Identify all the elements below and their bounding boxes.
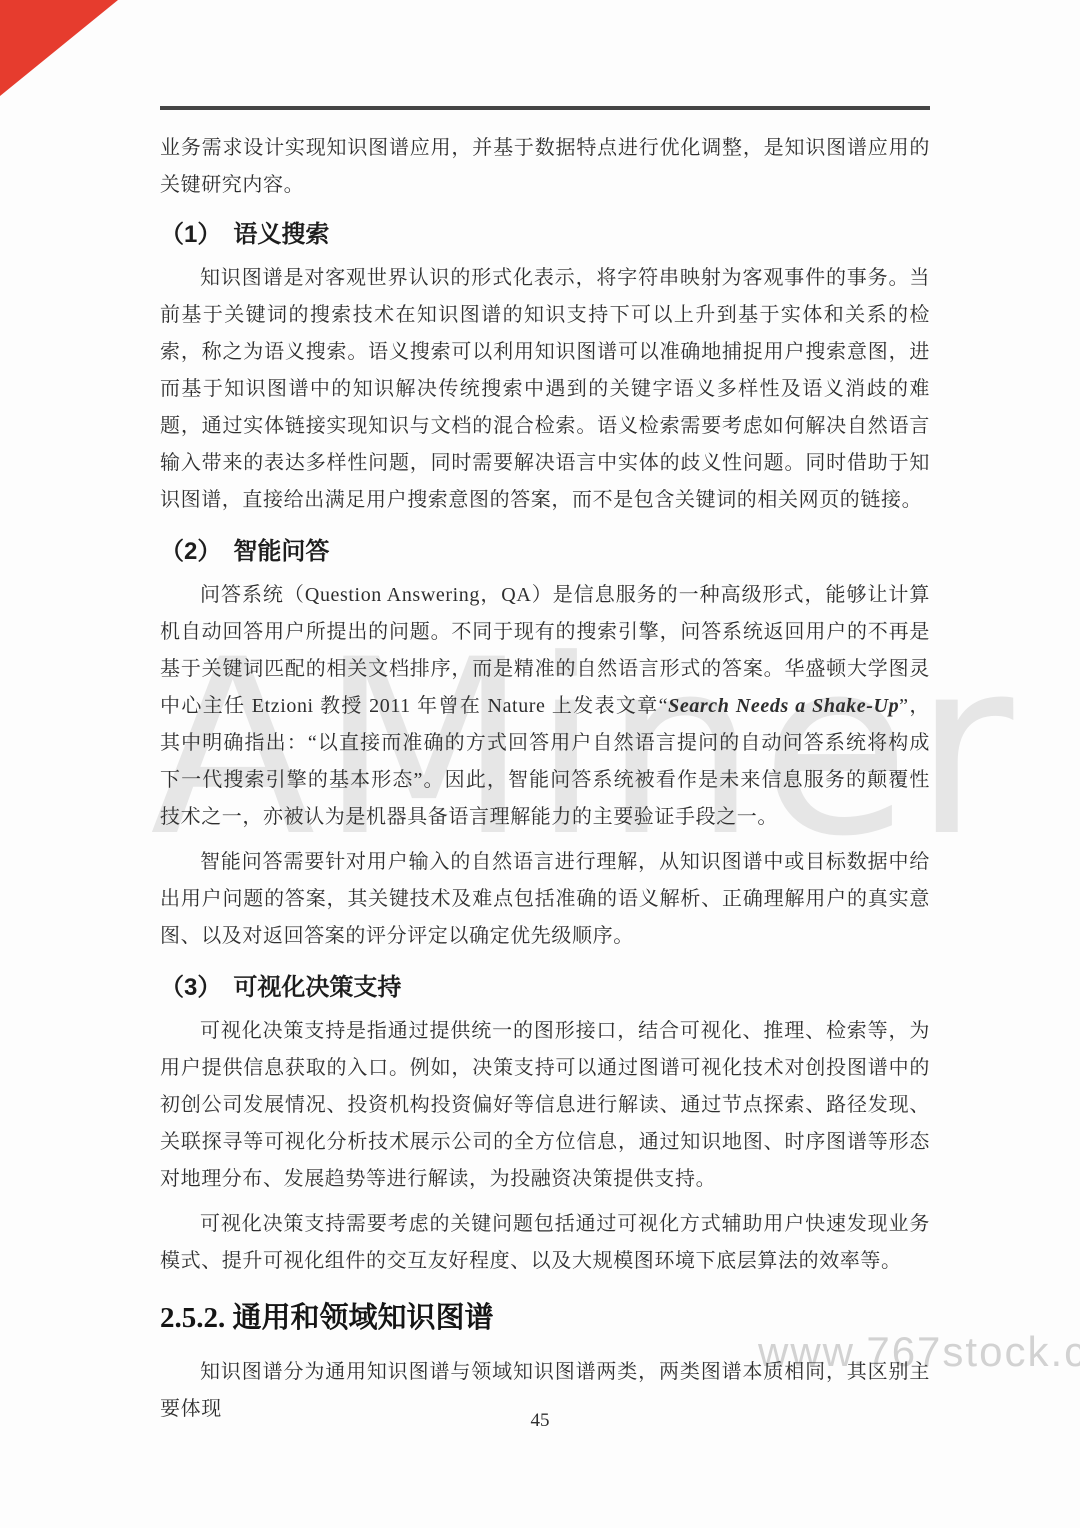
- page-content: 业务需求设计实现知识图谱应用，并基于数据特点进行优化调整，是知识图谱应用的关键研…: [160, 106, 930, 1428]
- section-heading-252: 2.5.2. 通用和领域知识图谱: [160, 1298, 930, 1338]
- paragraph-qa-system: 问答系统（Question Answering，QA）是信息服务的一种高级形式，…: [160, 577, 930, 836]
- header-rule: [160, 106, 930, 110]
- paragraph-semantic-search: 知识图谱是对客观世界认识的形式化表示，将字符串映射为客观事件的事务。当前基于关键…: [160, 260, 930, 519]
- article-title-emphasis: Search Needs a Shake-Up: [668, 695, 899, 717]
- page-number: 45: [0, 1410, 1080, 1432]
- paragraph-visual-decision-issues: 可视化决策支持需要考虑的关键问题包括通过可视化方式辅助用户快速发现业务模式、提升…: [160, 1206, 930, 1280]
- document-page: AMiner 业务需求设计实现知识图谱应用，并基于数据特点进行优化调整，是知识图…: [0, 0, 1080, 1528]
- subsection-heading-3: （3） 可视化决策支持: [160, 971, 930, 1005]
- paragraph-qa-requirements: 智能问答需要针对用户输入的自然语言进行理解，从知识图谱中或目标数据中给出用户问题…: [160, 844, 930, 955]
- subsection-heading-2: （2） 智能问答: [160, 535, 930, 569]
- subsection-heading-1: （1） 语义搜索: [160, 218, 930, 252]
- corner-fold-decoration: [0, 0, 118, 96]
- paragraph-intro: 业务需求设计实现知识图谱应用，并基于数据特点进行优化调整，是知识图谱应用的关键研…: [160, 130, 930, 204]
- paragraph-visual-decision: 可视化决策支持是指通过提供统一的图形接口，结合可视化、推理、检索等，为用户提供信…: [160, 1013, 930, 1198]
